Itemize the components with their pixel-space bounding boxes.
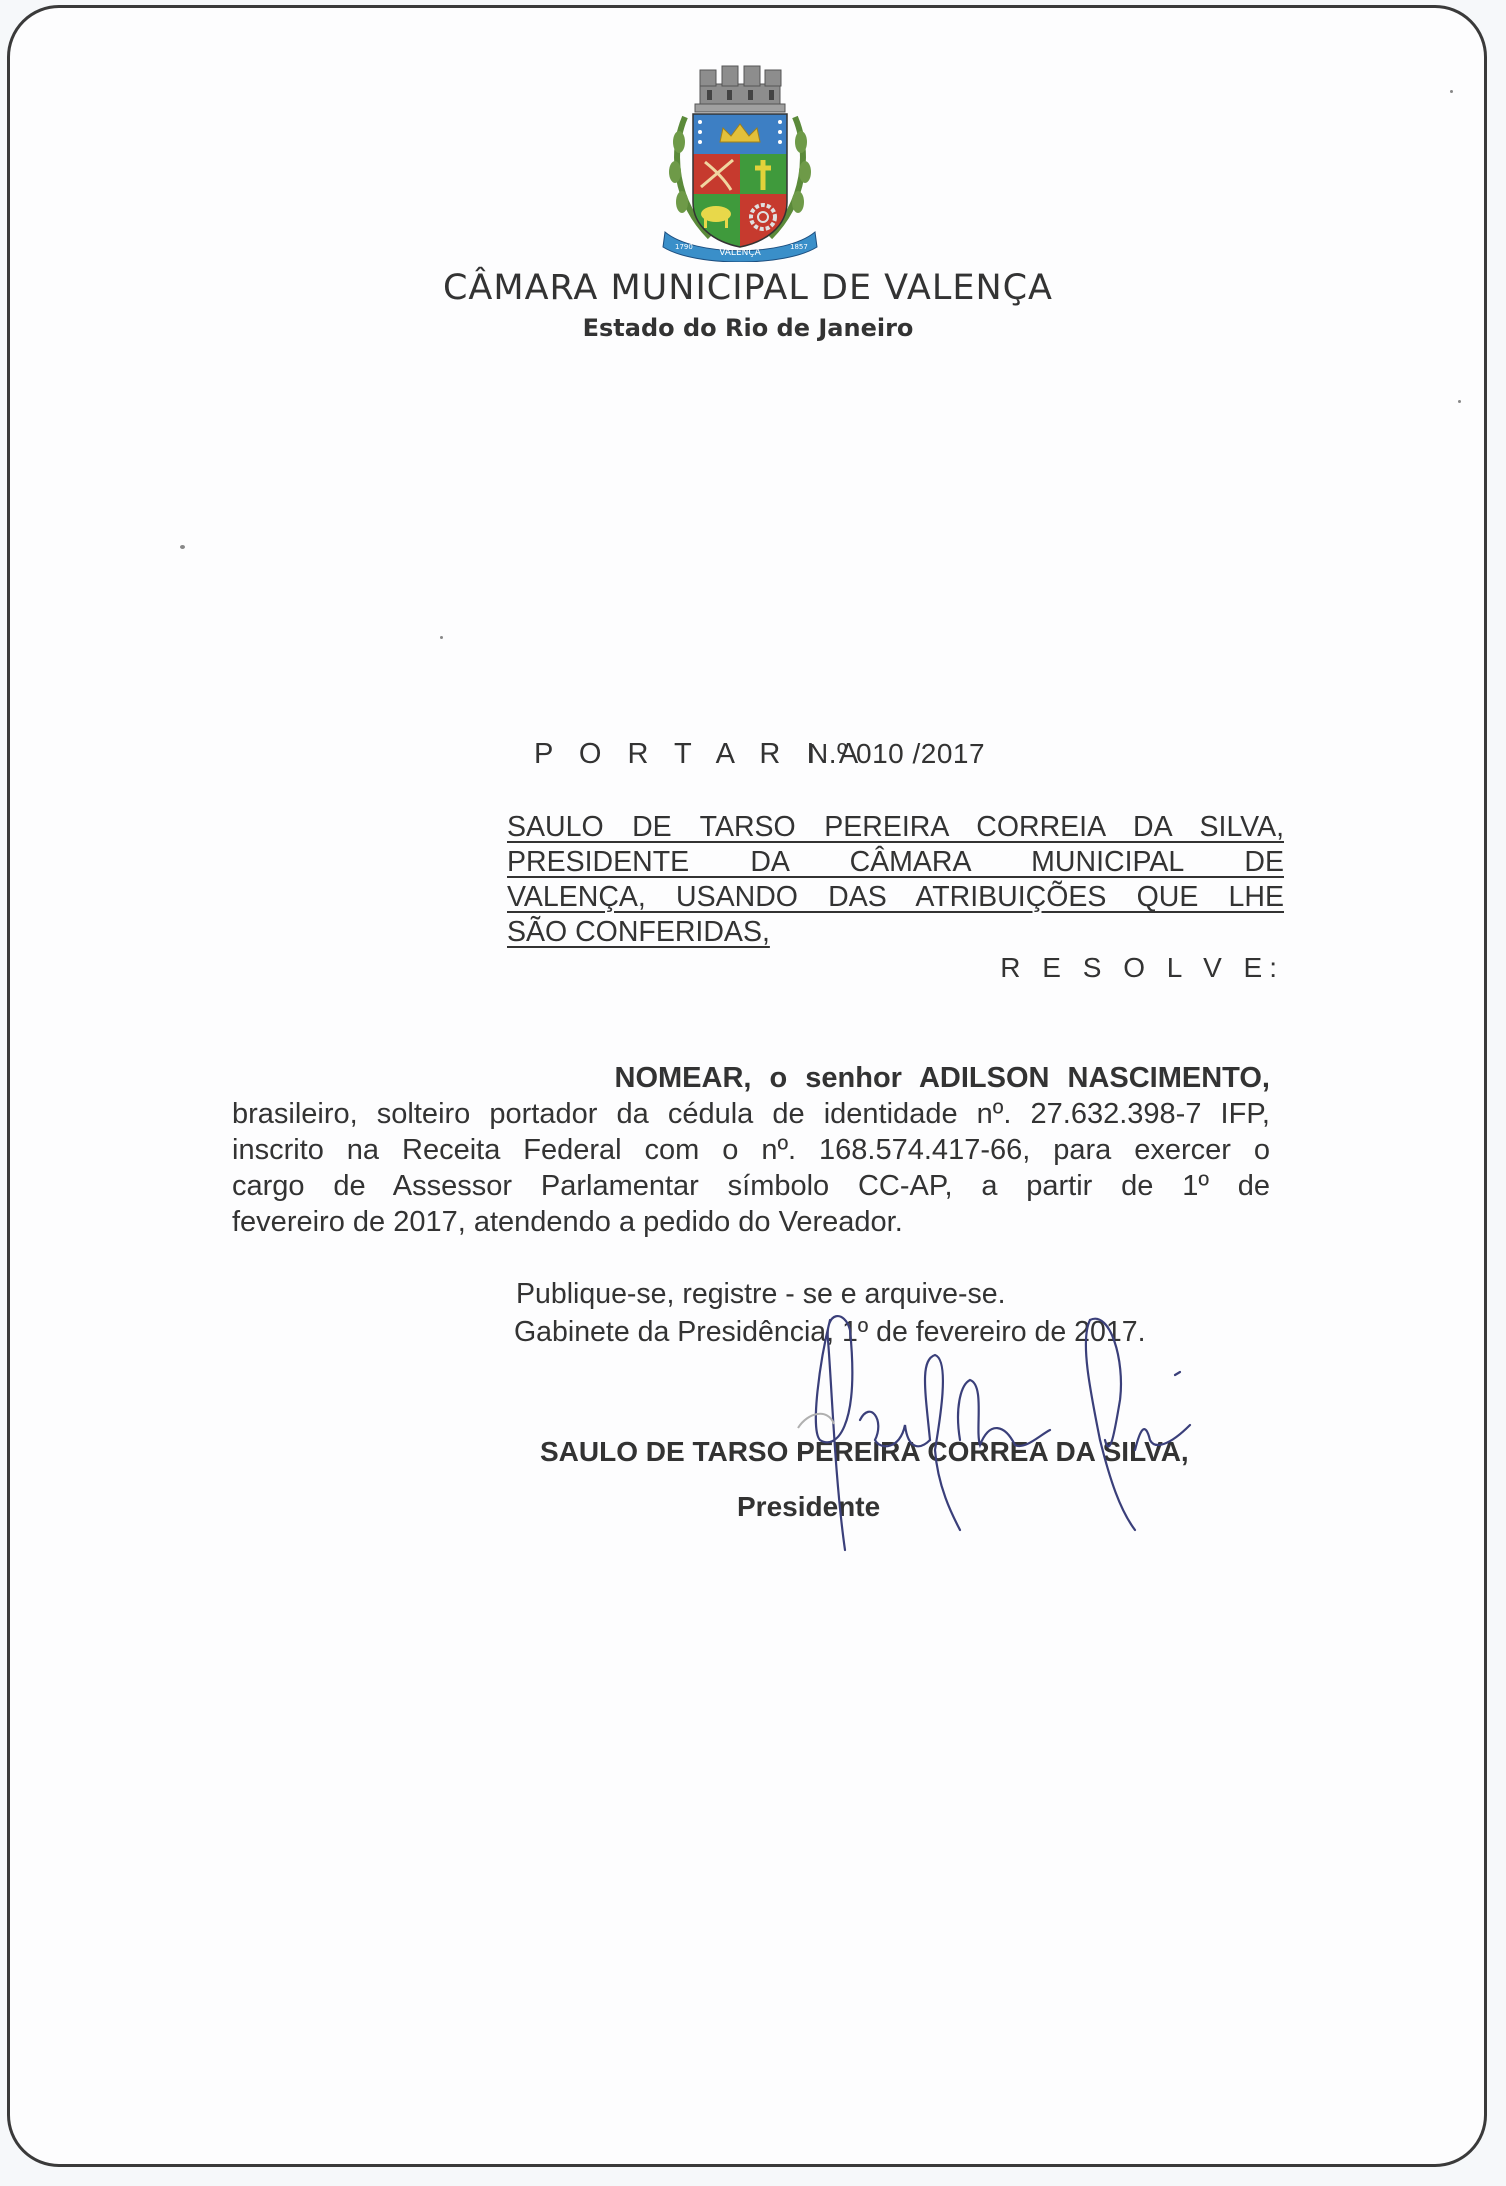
scan-speck xyxy=(1450,90,1453,93)
svg-text:1790: 1790 xyxy=(675,243,693,251)
preamble-line: PRESIDENTE DA CÂMARA MUNICIPAL DE xyxy=(507,845,1284,880)
svg-text:1857: 1857 xyxy=(790,243,808,251)
document-number: N.º 010 /2017 xyxy=(808,738,985,770)
organization-name: CÂMARA MUNICIPAL DE VALENÇA xyxy=(0,268,1501,308)
organization-state: Estado do Rio de Janeiro xyxy=(0,314,1501,342)
body-line: NOMEAR, o senhor ADILSON NASCIMENTO, xyxy=(232,1060,1270,1096)
publish-statement: Publique-se, registre - se e arquive-se. xyxy=(516,1278,1005,1311)
preamble-line: VALENÇA, USANDO DAS ATRIBUIÇÕES QUE LHE xyxy=(507,880,1284,915)
preamble: SAULO DE TARSO PEREIRA CORREIA DA SILVA,… xyxy=(507,810,1284,950)
place-date: Gabinete da Presidência, 1º de fevereiro… xyxy=(514,1316,1146,1349)
body-line: fevereiro de 2017, atendendo a pedido do… xyxy=(232,1204,1270,1240)
body-line: brasileiro, solteiro portador da cédula … xyxy=(232,1096,1270,1132)
scan-speck xyxy=(180,545,185,549)
coat-of-arms-icon: VALENÇA 1790 1857 xyxy=(655,62,825,262)
body-line: cargo de Assessor Parlamentar símbolo CC… xyxy=(232,1168,1270,1204)
scan-speck xyxy=(440,636,443,639)
svg-text:VALENÇA: VALENÇA xyxy=(719,248,761,258)
scan-speck xyxy=(1458,400,1461,403)
resolve-heading: R E S O L V E: xyxy=(1000,952,1284,984)
resolution-body: NOMEAR, o senhor ADILSON NASCIMENTO, bra… xyxy=(232,1060,1270,1240)
body-line: inscrito na Receita Federal com o nº. 16… xyxy=(232,1132,1270,1168)
signatory-role: Presidente xyxy=(737,1491,880,1523)
signatory-name: SAULO DE TARSO PEREIRA CORREA DA SILVA, xyxy=(540,1436,1189,1468)
preamble-line: SÃO CONFERIDAS, xyxy=(507,915,770,950)
preamble-line: SAULO DE TARSO PEREIRA CORREIA DA SILVA, xyxy=(507,810,1284,845)
